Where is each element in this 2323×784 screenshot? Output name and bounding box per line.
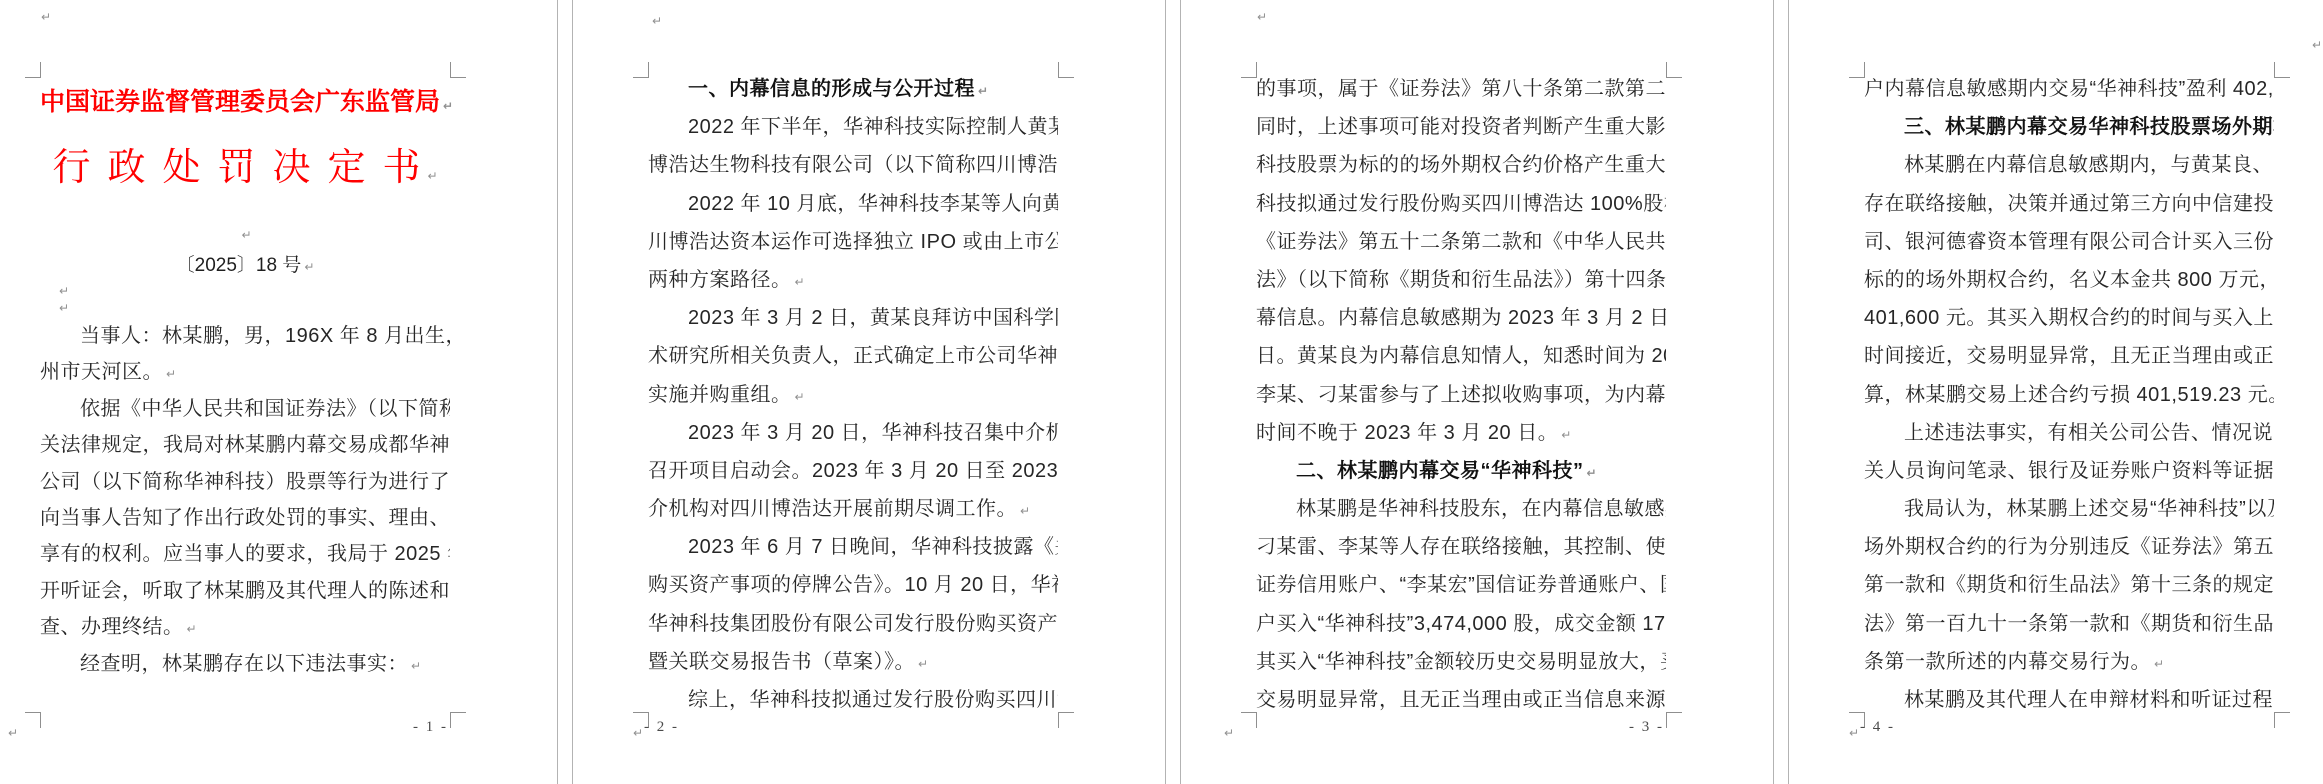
margin-crop-mark: [25, 712, 41, 728]
heading-line: 一、内幕信息的形成与公开过程↵: [648, 70, 1058, 108]
text-line: 实施并购重组。↵: [648, 376, 1058, 414]
line-text: 2022 年下半年，华神科技实际控制人黄某良初步考虑对四川: [688, 116, 1058, 138]
text-line: 当事人：林某鹏，男，196X 年 8 月出生，住址：广东省广: [40, 318, 450, 354]
line-text: 2022 年 10 月底，华神科技李某等人向黄某良汇报关于四: [688, 193, 1058, 215]
text-line: 刁某雷、李某等人存在联络接触，其控制、使用“吴某容”国投: [1256, 528, 1666, 566]
text-line: 依据《中华人民共和国证券法》（以下简称《证券法》）等有: [40, 391, 450, 427]
footer-area: ↵: [1846, 722, 1859, 744]
text-line: 算，林某鹏交易上述合约亏损 401,519.23 元。↵: [1864, 376, 2274, 414]
text-line: 林某鹏是华神科技股东，在内幕信息敏感期内其与黄某良、: [1256, 490, 1666, 528]
page-number: - 4 -: [1860, 716, 1895, 738]
line-text: 科技股票为标的的场外期权合约价格产生重大影响。因此，华神: [1256, 154, 1666, 176]
document-page-4[interactable]: ↵户内幕信息敏感期内交易“华神科技”盈利 402,877.63 元。↵三、林某鹏…: [1788, 0, 2323, 784]
text-line: 关人员询问笔录、银行及证券账户资料等证据证明，足以认定。↵: [1864, 452, 2274, 490]
text-line: 林某鹏在内幕信息敏感期内，与黄某良、刁某雷、李某等人: [1864, 146, 2274, 184]
authority-title: 中国证券监督管理委员会广东监管局: [40, 88, 440, 116]
margin-crop-mark: [450, 62, 466, 78]
line-text: 存在联络接触，决策并通过第三方向中信建投证券股份有限公: [1864, 193, 2274, 215]
line-text: 的事项，属于《证券法》第八十条第二款第二项规定的重大事件。: [1256, 78, 1666, 100]
line-text: 2023 年 3 月 2 日，黄某良拜访中国科学院天津工业生物技: [688, 307, 1058, 329]
paragraph-mark-icon: ↵: [652, 14, 662, 28]
page-body: 一、内幕信息的形成与公开过程↵2022 年下半年，华神科技实际控制人黄某良初步考…: [648, 70, 1058, 719]
page-body: 户内幕信息敏感期内交易“华神科技”盈利 402,877.63 元。↵三、林某鹏内…: [1864, 70, 2274, 719]
line-text: 日。黄某良为内幕信息知情人，知悉时间为 2023 年 3 月 2 日。: [1256, 345, 1666, 367]
text-line: 享有的权利。应当事人的要求，我局于 2025 年 10 月 10 日召: [40, 536, 450, 572]
heading-line: 二、林某鹏内幕交易“华神科技”↵: [1256, 452, 1666, 490]
text-line: 介机构对四川博浩达开展前期尽调工作。↵: [648, 490, 1058, 528]
line-text: 上述违法事实，有相关公司公告、情况说明、通话记录、相: [1904, 422, 2274, 444]
page-number: - 2 -: [644, 716, 679, 738]
document-title-line: 行政处罚决定书↵: [40, 140, 450, 204]
line-text: 幕信息。内幕信息敏感期为 2023 年 3 月 2 日至 2023 年 6 月 …: [1256, 307, 1666, 329]
text-line: 存在联络接触，决策并通过第三方向中信建投证券股份有限公: [1864, 185, 2274, 223]
text-line: 证券信用账户、“李某宏”国信证券普通账户、国信证券信用账: [1256, 566, 1666, 604]
margin-crop-mark: [1058, 712, 1074, 728]
page-number: - 1 -: [413, 716, 448, 738]
line-text: 开听证会，听取了林某鹏及其代理人的陈述和申辩。本案现已调: [40, 580, 450, 602]
page-body: 当事人：林某鹏，男，196X 年 8 月出生，住址：广东省广州市天河区。↵依据《…: [40, 318, 450, 682]
margin-crop-mark: [1241, 62, 1257, 78]
page-footer: ↵- 4 -: [1864, 716, 2274, 738]
text-line: 2022 年下半年，华神科技实际控制人黄某良初步考虑对四川: [648, 108, 1058, 146]
text-line: 经查明，林某鹏存在以下违法事实：↵: [40, 646, 450, 682]
line-text: 林某鹏是华神科技股东，在内幕信息敏感期内其与黄某良、: [1296, 498, 1666, 520]
line-text: 户买入“华神科技”3,474,000 股，成交金额 17,974,174.71 …: [1256, 613, 1666, 635]
text-line: 2022 年 10 月底，华神科技李某等人向黄某良汇报关于四: [648, 185, 1058, 223]
text-line: 我局认为，林某鹏上述交易“华神科技”以及华神科技股票: [1864, 490, 2274, 528]
paragraph-mark-icon: ↵: [2154, 657, 2165, 671]
text-line: 法》第一百九十一条第一款和《期货和衍生品法》第一百二十六: [1864, 605, 2274, 643]
line-text: 2023 年 3 月 20 日，华神科技召集中介机构主要项目人员: [688, 422, 1058, 444]
line-text: 关法律规定，我局对林某鹏内幕交易成都华神科技集团股份有限: [40, 434, 450, 456]
line-text: 条第一款所述的内幕交易行为。: [1864, 651, 2151, 673]
margin-crop-mark: [450, 712, 466, 728]
paragraph-mark-icon: ↵: [427, 169, 437, 183]
line-text: 《证券法》第五十二条第二款和《中华人民共和国期货和衍生品: [1256, 231, 1666, 253]
text-line: 李某、刁某雷参与了上述拟收购事项，为内幕信息知情人，知悉: [1256, 376, 1666, 414]
line-text: 交易明显异常，且无正当理由或正当信息来源。经测算，上述账: [1256, 689, 1666, 711]
text-line: 日。黄某良为内幕信息知情人，知悉时间为 2023 年 3 月 2 日。: [1256, 337, 1666, 375]
text-line: 的事项，属于《证券法》第八十条第二款第二项规定的重大事件。: [1256, 70, 1666, 108]
line-text: 介机构对四川博浩达开展前期尽调工作。: [648, 498, 1017, 520]
text-line: 川博浩达资本运作可选择独立 IPO 或由上市公司实施并购重组: [648, 223, 1058, 261]
footer-area: ↵: [630, 722, 643, 744]
text-line: 户内幕信息敏感期内交易“华神科技”盈利 402,877.63 元。↵: [1864, 70, 2274, 108]
margin-crop-mark: [1666, 712, 1682, 728]
paragraph-mark-icon: ↵: [978, 84, 989, 98]
text-line: 其买入“华神科技”金额较历史交易明显放大，买入意向坚定，: [1256, 643, 1666, 681]
text-line: 司、银河德睿资本管理有限公司合计买入三份以华神科技股票为: [1864, 223, 2274, 261]
paragraph-mark-icon: ↵: [241, 228, 251, 242]
line-text: 司、银河德睿资本管理有限公司合计买入三份以华神科技股票为: [1864, 231, 2274, 253]
header-area: ↵: [649, 12, 662, 30]
margin-crop-mark: [633, 62, 649, 78]
margin-crop-mark: [2274, 62, 2290, 78]
line-text: 依据《中华人民共和国证券法》（以下简称《证券法》）等有: [80, 398, 450, 420]
header-area: ↵: [2309, 36, 2322, 54]
paragraph-mark-icon: ↵: [2312, 38, 2322, 52]
text-line: 召开项目启动会。2023 年 3 月 20 日至 2023 年 6 月 4 日，…: [648, 452, 1058, 490]
text-line: 上述违法事实，有相关公司公告、情况说明、通话记录、相: [1864, 414, 2274, 452]
text-line: 博浩达生物科技有限公司（以下简称四川博浩达）进行资本运作。↵: [648, 146, 1058, 184]
line-text: 林某鹏及其代理人在申辩材料和听证过程中提出：: [1904, 689, 2274, 711]
line-text: 当事人：林某鹏，男，196X 年 8 月出生，住址：广东省广: [80, 325, 450, 347]
text-line: 购买资产事项的停牌公告》。10 月 20 日，华神科技披露《成都: [648, 566, 1058, 604]
paragraph-mark-icon: ↵: [166, 367, 177, 381]
line-text: 两种方案路径。: [648, 269, 792, 291]
text-line: 查、办理终结。↵: [40, 609, 450, 645]
text-line: 科技拟通过发行股份购买四川博浩达 100%股权的事项，构成: [1256, 185, 1666, 223]
text-line: 暨关联交易报告书（草案）》。↵: [648, 643, 1058, 681]
paragraph-mark-icon: ↵: [59, 284, 69, 298]
line-text: 第一款和《期货和衍生品法》第十三条的规定，分别构成《证券: [1864, 574, 2274, 596]
line-text: 三、林某鹏内幕交易华神科技股票场外期权合约: [1904, 116, 2274, 138]
text-line: 州市天河区。↵: [40, 354, 450, 390]
paragraph-mark-icon: ↵: [411, 659, 422, 673]
text-line: 关法律规定，我局对林某鹏内幕交易成都华神科技集团股份有限: [40, 427, 450, 463]
paragraph-mark-icon: ↵: [1561, 428, 1572, 442]
text-line: 综上，华神科技拟通过发行股份购买四川博浩达 100%股权: [648, 681, 1058, 719]
line-text: 法》第一百九十一条第一款和《期货和衍生品法》第一百二十六: [1864, 613, 2274, 635]
paragraph-mark-icon: ↵: [1224, 726, 1234, 740]
text-line: 法》（以下简称《期货和衍生品法》）第十四条第一款规定的内: [1256, 261, 1666, 299]
line-text: 向当事人告知了作出行政处罚的事实、理由、依据及当事人依法: [40, 507, 450, 529]
text-line: 科技股票为标的的场外期权合约价格产生重大影响。因此，华神: [1256, 146, 1666, 184]
text-line: 401,600 元。其买入期权合约的时间与买入上述“华神科技”的: [1864, 299, 2274, 337]
text-line: 2023 年 3 月 2 日，黄某良拜访中国科学院天津工业生物技: [648, 299, 1058, 337]
paragraph-mark-icon: ↵: [795, 390, 806, 404]
text-line: 幕信息。内幕信息敏感期为 2023 年 3 月 2 日至 2023 年 6 月 …: [1256, 299, 1666, 337]
text-line: 《证券法》第五十二条第二款和《中华人民共和国期货和衍生品: [1256, 223, 1666, 261]
line-text: 同时，上述事项可能对投资者判断产生重大影响，从而对以华神: [1256, 116, 1666, 138]
page-footer: ↵- 2 -: [648, 716, 1058, 738]
header-area: ↵: [1254, 8, 1267, 26]
paragraph-mark-icon: ↵: [1587, 466, 1598, 480]
blank-line: ↵: [56, 284, 69, 298]
margin-crop-mark: [1058, 62, 1074, 78]
line-text: 暨关联交易报告书（草案）》。: [648, 651, 915, 673]
paragraph-mark-icon: ↵: [187, 622, 198, 636]
document-page-3[interactable]: ↵的事项，属于《证券法》第八十条第二款第二项规定的重大事件。同时，上述事项可能对…: [1180, 0, 1774, 784]
line-text: 2023 年 6 月 7 日晚间，华神科技披露《关于筹划发行股份: [688, 536, 1058, 558]
header-area: ↵: [38, 8, 51, 26]
document-canvas: ↵中国证券监督管理委员会广东监管局↵行政处罚决定书↵↵〔2025〕18 号↵↵↵…: [0, 0, 2323, 784]
line-text: 证券信用账户、“李某宏”国信证券普通账户、国信证券信用账: [1256, 574, 1666, 596]
line-text: 401,600 元。其买入期权合约的时间与买入上述“华神科技”的: [1864, 307, 2274, 329]
line-text: 召开项目启动会。2023 年 3 月 20 日至 2023 年 6 月 4 日，…: [648, 460, 1058, 482]
margin-crop-mark: [25, 62, 41, 78]
paragraph-mark-icon: ↵: [633, 726, 643, 740]
line-text: 时间不晚于 2023 年 3 月 20 日。: [1256, 422, 1558, 444]
text-line: 华神科技集团股份有限公司发行股份购买资产并募集配套资金: [648, 605, 1058, 643]
line-text: 时间接近，交易明显异常，且无正当理由或正当信息来源。经测: [1864, 345, 2274, 367]
footer-area: ↵: [5, 722, 18, 744]
line-text: 其买入“华神科技”金额较历史交易明显放大，买入意向坚定，: [1256, 651, 1666, 673]
line-text: 林某鹏在内幕信息敏感期内，与黄某良、刁某雷、李某等人: [1904, 154, 2274, 176]
document-page-2[interactable]: ↵一、内幕信息的形成与公开过程↵2022 年下半年，华神科技实际控制人黄某良初步…: [572, 0, 1166, 784]
page-body: 的事项，属于《证券法》第八十条第二款第二项规定的重大事件。同时，上述事项可能对投…: [1256, 70, 1666, 719]
line-text: 我局认为，林某鹏上述交易“华神科技”以及华神科技股票: [1904, 498, 2274, 520]
text-line: 交易明显异常，且无正当理由或正当信息来源。经测算，上述账: [1256, 681, 1666, 719]
line-text: 川博浩达资本运作可选择独立 IPO 或由上市公司实施并购重组: [648, 231, 1058, 253]
doc-number: 〔2025〕18 号: [176, 255, 302, 276]
text-line: 第一款和《期货和衍生品法》第十三条的规定，分别构成《证券: [1864, 566, 2274, 604]
line-text: 李某、刁某雷参与了上述拟收购事项，为内幕信息知情人，知悉: [1256, 384, 1666, 406]
margin-crop-mark: [1666, 62, 1682, 78]
line-text: 标的的场外期权合约，名义本金共 800 万元，期权费用共: [1864, 269, 2274, 291]
paragraph-mark-icon: ↵: [918, 657, 929, 671]
line-text: 博浩达生物科技有限公司（以下简称四川博浩达）进行资本运作。: [648, 154, 1058, 176]
text-line: 时间接近，交易明显异常，且无正当理由或正当信息来源。经测: [1864, 337, 2274, 375]
paragraph-mark-icon: ↵: [59, 301, 69, 315]
line-text: 查、办理终结。: [40, 616, 184, 638]
paragraph-mark-icon: ↵: [795, 275, 806, 289]
document-title: 行政处罚决定书: [52, 147, 437, 189]
line-text: 公司（以下简称华神科技）股票等行为进行了立案调查，并依法: [40, 471, 450, 493]
line-text: 实施并购重组。: [648, 384, 792, 406]
line-text: 华神科技集团股份有限公司发行股份购买资产并募集配套资金: [648, 613, 1058, 635]
text-line: 术研究所相关负责人，正式确定上市公司华神科技对四川博浩达: [648, 337, 1058, 375]
line-text: 一、内幕信息的形成与公开过程: [688, 78, 975, 100]
authority-title-line: 中国证券监督管理委员会广东监管局↵: [40, 84, 450, 124]
line-text: 算，林某鹏交易上述合约亏损 401,519.23 元。: [1864, 384, 2274, 406]
text-line: 开听证会，听取了林某鹏及其代理人的陈述和申辩。本案现已调: [40, 573, 450, 609]
doc-number-line: 〔2025〕18 号↵: [40, 252, 450, 281]
page-footer: ↵- 3 -: [1256, 716, 1666, 738]
line-text: 州市天河区。: [40, 361, 163, 383]
line-text: 术研究所相关负责人，正式确定上市公司华神科技对四川博浩达: [648, 345, 1058, 367]
paragraph-mark-icon: ↵: [304, 260, 314, 274]
paragraph-mark-icon: ↵: [1257, 10, 1267, 24]
paragraph-mark-icon: ↵: [8, 726, 18, 740]
text-line: 2023 年 3 月 20 日，华神科技召集中介机构主要项目人员: [648, 414, 1058, 452]
paragraph-mark-icon: ↵: [443, 99, 453, 113]
page-footer: ↵- 1 -: [40, 716, 450, 738]
text-line: 场外期权合约的行为分别违反《证券法》第五十条、第五十三条: [1864, 528, 2274, 566]
margin-crop-mark: [1241, 712, 1257, 728]
page-number: - 3 -: [1629, 716, 1664, 738]
text-line: 林某鹏及其代理人在申辩材料和听证过程中提出：↵: [1864, 681, 2274, 719]
line-text: 科技拟通过发行股份购买四川博浩达 100%股权的事项，构成: [1256, 193, 1666, 215]
text-line: 公司（以下简称华神科技）股票等行为进行了立案调查，并依法: [40, 464, 450, 500]
text-line: 条第一款所述的内幕交易行为。↵: [1864, 643, 2274, 681]
line-text: 购买资产事项的停牌公告》。10 月 20 日，华神科技披露《成都: [648, 574, 1058, 596]
heading-line: 三、林某鹏内幕交易华神科技股票场外期权合约↵: [1864, 108, 2274, 146]
text-line: 同时，上述事项可能对投资者判断产生重大影响，从而对以华神: [1256, 108, 1666, 146]
paragraph-mark-icon: ↵: [1849, 726, 1859, 740]
line-text: 关人员询问笔录、银行及证券账户资料等证据证明，足以认定。: [1864, 460, 2274, 482]
line-text: 法》（以下简称《期货和衍生品法》）第十四条第一款规定的内: [1256, 269, 1666, 291]
text-line: 2023 年 6 月 7 日晚间，华神科技披露《关于筹划发行股份: [648, 528, 1058, 566]
footer-area: ↵: [1221, 722, 1234, 744]
line-text: 综上，华神科技拟通过发行股份购买四川博浩达 100%股权: [688, 689, 1058, 711]
paragraph-mark-icon: ↵: [41, 10, 51, 24]
line-text: 户内幕信息敏感期内交易“华神科技”盈利 402,877.63 元。: [1864, 78, 2274, 100]
blank-line: ↵: [40, 228, 450, 242]
line-text: 刁某雷、李某等人存在联络接触，其控制、使用“吴某容”国投: [1256, 536, 1666, 558]
paragraph-mark-icon: ↵: [1020, 504, 1031, 518]
margin-crop-mark: [2274, 712, 2290, 728]
blank-line: ↵: [56, 301, 69, 315]
text-line: 标的的场外期权合约，名义本金共 800 万元，期权费用共: [1864, 261, 2274, 299]
margin-crop-mark: [1849, 62, 1865, 78]
text-line: 两种方案路径。↵: [648, 261, 1058, 299]
text-line: 向当事人告知了作出行政处罚的事实、理由、依据及当事人依法: [40, 500, 450, 536]
text-line: 时间不晚于 2023 年 3 月 20 日。↵: [1256, 414, 1666, 452]
text-line: 户买入“华神科技”3,474,000 股，成交金额 17,974,174.71 …: [1256, 605, 1666, 643]
line-text: 经查明，林某鹏存在以下违法事实：: [80, 653, 408, 675]
document-page-1[interactable]: ↵中国证券监督管理委员会广东监管局↵行政处罚决定书↵↵〔2025〕18 号↵↵↵…: [0, 0, 558, 784]
line-text: 享有的权利。应当事人的要求，我局于 2025 年 10 月 10 日召: [40, 543, 450, 565]
line-text: 场外期权合约的行为分别违反《证券法》第五十条、第五十三条: [1864, 536, 2274, 558]
line-text: 二、林某鹏内幕交易“华神科技”: [1296, 460, 1584, 482]
